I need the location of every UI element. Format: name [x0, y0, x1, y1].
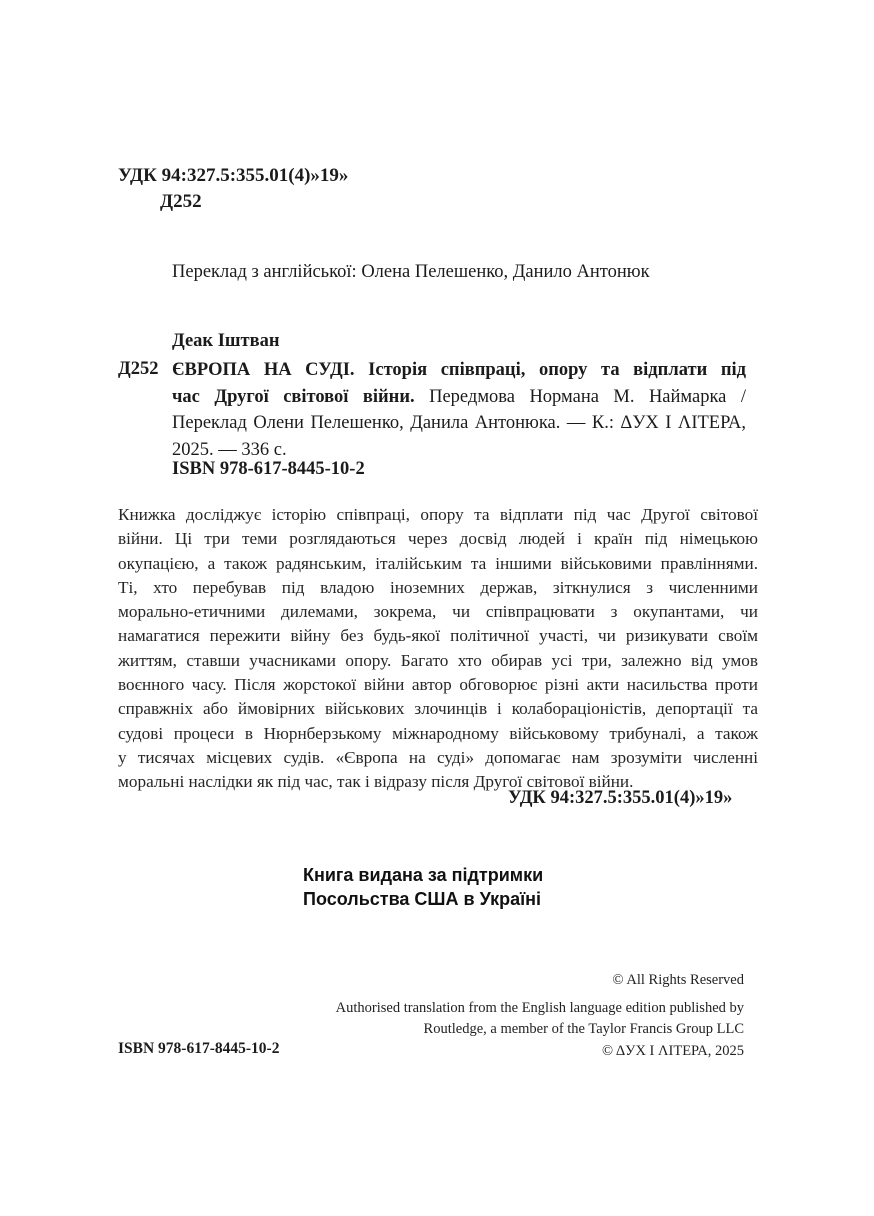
biblio-line: ЄВРОПА НА СУДІ. Історія співпраці, опору… [172, 357, 746, 384]
annotation-line: намагатися пережити війну без будь-якої … [118, 624, 758, 648]
biblio-foreword: Передмова Нормана М. Наймарка / [415, 387, 746, 407]
biblio-line: Переклад Олени Пелешенко, Данила Антонюк… [172, 410, 746, 437]
annotation-line: судові процеси в Нюрнберзькому міжнародн… [118, 722, 758, 746]
catalog-author: Деак Іштван [172, 331, 280, 352]
publisher-copyright: © ΔУХ І ΛІТЕРА, 2025 [336, 1041, 744, 1063]
annotation-line: Ті, хто перебував під владою іноземних д… [118, 576, 758, 600]
catalog-author-code: Д252 [118, 359, 158, 380]
udk-classification-bottom: УДК 94:327.5:355.01(4)»19» [508, 788, 732, 809]
annotation-line: у тисячах місцевих судів. «Європа на суд… [118, 746, 758, 770]
biblio-title-cont: час Другої світової війни. [172, 387, 415, 407]
annotation-line: війни. Ці три теми розглядаються через д… [118, 527, 758, 551]
bibliographic-description: ЄВРОПА НА СУДІ. Історія співпраці, опору… [172, 357, 746, 463]
support-notice: Книга видана за підтримки Посольства США… [303, 863, 543, 911]
annotation-line: справжніх або ймовірних військових злочи… [118, 697, 758, 721]
annotation-line: морально-етичними дилемами, зокрема, чи … [118, 600, 758, 624]
isbn-bottom: ISBN 978-617-8445-10-2 [118, 1040, 279, 1058]
author-code-top: Д252 [160, 191, 202, 213]
support-line-1: Книга видана за підтримки [303, 863, 543, 887]
annotation-line: окупацією, а також радянським, італійськ… [118, 552, 758, 576]
support-line-2: Посольства США в Україні [303, 887, 543, 911]
annotation-line: Книжка досліджує історію співпраці, опор… [118, 503, 758, 527]
biblio-year-pages: 2025. — 336 с. [172, 440, 287, 460]
all-rights-reserved: © All Rights Reserved [336, 970, 744, 992]
translation-authorisation-1: Authorised translation from the English … [336, 998, 744, 1020]
biblio-publication: Переклад Олени Пелешенко, Данила Антонюк… [172, 413, 746, 433]
catalog-isbn: ISBN 978-617-8445-10-2 [172, 459, 365, 480]
annotation-line: воєнного часу. Після жорстокої війни авт… [118, 673, 758, 697]
udk-classification-top: УДК 94:327.5:355.01(4)»19» [118, 165, 348, 187]
annotation-line: життям, ставши учасниками опору. Багато … [118, 649, 758, 673]
book-annotation: Книжка досліджує історію співпраці, опор… [118, 503, 758, 795]
translation-authorisation-2: Routledge, a member of the Taylor Franci… [336, 1019, 744, 1041]
rights-block: © All Rights Reserved Authorised transla… [336, 970, 744, 1062]
biblio-line: час Другої світової війни. Передмова Нор… [172, 384, 746, 411]
translation-credit: Переклад з англійської: Олена Пелешенко,… [172, 262, 650, 283]
biblio-title: ЄВРОПА НА СУДІ. Історія співпраці, опору… [172, 360, 746, 380]
